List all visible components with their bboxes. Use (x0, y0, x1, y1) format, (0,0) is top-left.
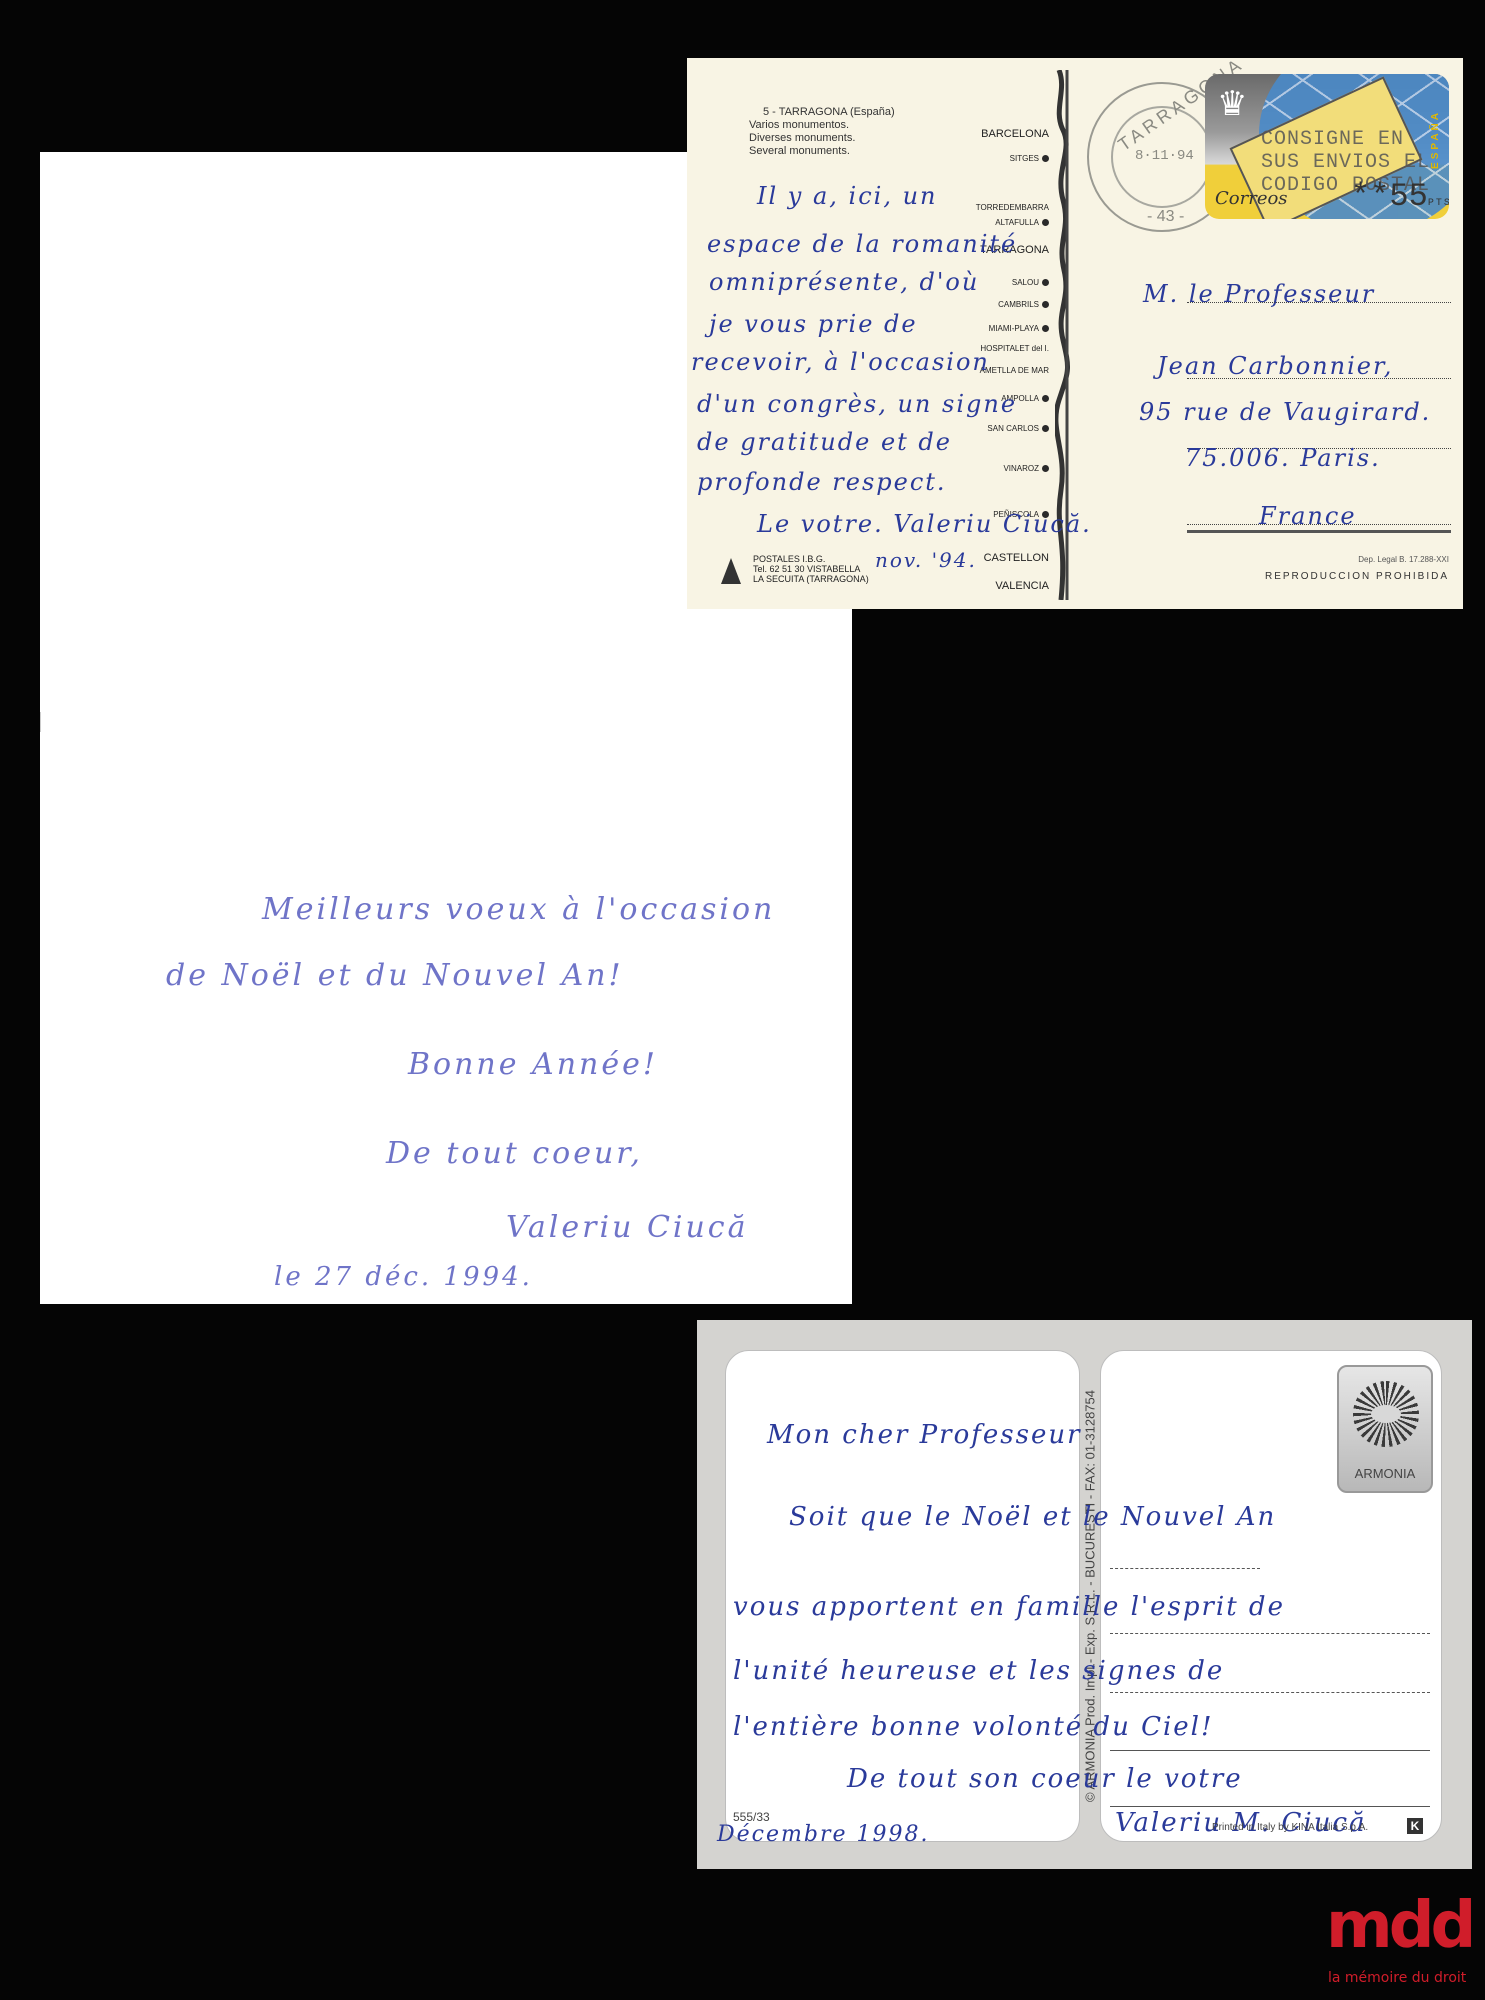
message-line: espace de la romanité (707, 230, 1017, 258)
message-line: d'un congrès, un signe (697, 390, 1017, 418)
map-town: SALOU (1012, 278, 1049, 287)
message-line: De tout son coeur le votre (847, 1764, 1243, 1794)
message-line: profonde respect. (697, 468, 947, 496)
letter-line: Bonne Année! (408, 1047, 658, 1082)
address-rule (1110, 1692, 1430, 1693)
address-rule (1187, 302, 1451, 303)
message-line: Mon cher Professeur (767, 1420, 1082, 1450)
address-rule (1187, 524, 1451, 525)
message-line: l'unité heureuse et les signes de (733, 1656, 1224, 1686)
message-line: Soit que le Noël et le Nouvel An (789, 1502, 1276, 1532)
publisher-info: POSTALES I.B.G. Tel. 62 51 30 VISTABELLA… (753, 554, 869, 584)
message-line: de gratitude et de (697, 428, 952, 456)
letter-line: Meilleurs voeux à l'occasion (262, 892, 775, 927)
sunburst-icon (1353, 1381, 1419, 1447)
map-town: CAMBRILS (998, 300, 1049, 309)
card-code: 555/33 (733, 1810, 770, 1824)
address-rule (1110, 1806, 1430, 1807)
letter-date: le 27 déc. 1994. (274, 1262, 533, 1292)
message-line: vous apportent en famille l'esprit de (733, 1592, 1285, 1622)
message-line: recevoir, à l'occasion (691, 348, 990, 376)
map-town: ALTAFULLA (995, 218, 1049, 227)
map-town: MIAMI-PLAYA (989, 324, 1049, 333)
map-town: SAN CARLOS (987, 424, 1049, 433)
postcard-caption: 5 - TARRAGONA (España) Varios monumentos… (749, 106, 895, 158)
address-line: M. le Professeur (1143, 280, 1375, 308)
map-town: VINAROZ (1003, 464, 1049, 473)
printer-credit: Printed in Italy by KINA Italia S.p.A. (1212, 1822, 1368, 1833)
address-rule (1187, 378, 1451, 379)
map-town: BARCELONA (981, 128, 1049, 140)
address-line: 95 rue de Vaugirard. (1139, 398, 1431, 426)
armonia-logo: ARMONIA (1337, 1365, 1433, 1493)
postcard-armonia: © ARMONIA Prod. Impl.- Exp. S.R.L. - BUC… (697, 1320, 1472, 1869)
address-line: Jean Carbonnier, (1157, 352, 1393, 380)
crown-posthorn-icon: ♛ (1217, 84, 1247, 124)
map-town: HOSPITALET del I. (980, 344, 1049, 353)
message-line: omniprésente, d'où (709, 268, 979, 296)
map-town: VALENCIA (995, 580, 1049, 592)
message-date: nov. '94. (875, 548, 977, 572)
message-line: je vous prie de (709, 310, 918, 338)
fold-mark (40, 712, 46, 732)
message-line: l'entière bonne volonté du Ciel! (733, 1712, 1213, 1742)
address-rule (1110, 1568, 1260, 1569)
mdd-tagline: la mémoire du droit (1328, 1970, 1466, 1986)
postcard-tarragona: 5 - TARRAGONA (España) Varios monumentos… (687, 58, 1463, 609)
kina-logo-icon: K (1407, 1818, 1423, 1834)
mdd-logo: mdd (1326, 1894, 1472, 1958)
address-line: 75.006. Paris. (1185, 444, 1381, 472)
stamp-country: ESPAÑA (1430, 110, 1441, 169)
letter-signature: Valeriu Ciucă (506, 1210, 749, 1245)
map-town: CASTELLON (984, 552, 1049, 564)
map-town: AMETLLA DE MAR (980, 366, 1049, 375)
map-town: TORREDEMBARRA (976, 203, 1049, 212)
message-signature: Le votre. Valeriu Ciucă. (757, 510, 1092, 538)
letter-line: de Noël et du Nouvel An! (166, 958, 624, 993)
message-date: Décembre 1998. (717, 1822, 929, 1847)
stamp-brand: Correos (1215, 188, 1288, 209)
message-line: Il y a, ici, un (757, 182, 938, 210)
church-logo-icon (721, 558, 741, 584)
address-bar (1187, 530, 1451, 533)
stamp-value: **55PTS (1351, 178, 1449, 215)
legal-deposit: Dep. Legal B. 17.288-XXI (1358, 555, 1449, 564)
postage-stamp: ♛ CONSIGNE EN SUS ENVIOS EL CODIGO POSTA… (1205, 74, 1449, 219)
letter-line: De tout coeur, (386, 1136, 643, 1171)
map-town: SITGES (1010, 154, 1049, 163)
reproduction-notice: REPRODUCCION PROHIBIDA (1265, 571, 1449, 582)
address-rule (1110, 1633, 1430, 1634)
address-line: France (1259, 502, 1357, 530)
address-rule (1110, 1750, 1430, 1751)
